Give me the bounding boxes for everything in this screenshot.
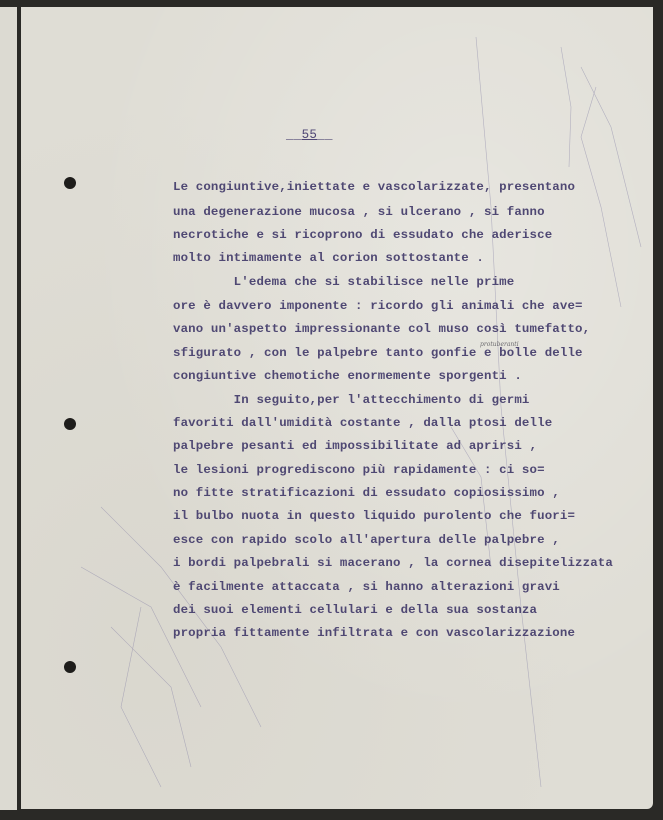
text-line: è facilmente attaccata , si hanno altera… [173, 580, 560, 594]
pencil-marks [21, 7, 653, 809]
text-line: palpebre pesanti ed impossibilitate ad a… [173, 439, 537, 453]
text-line: propria fittamente infiltrata e con vasc… [173, 626, 575, 640]
text-line: L'edema che si stabilisce nelle prime [173, 275, 514, 289]
adjacent-page-edge [0, 7, 17, 810]
text-line: In seguito,per l'attecchimento di germi [173, 393, 530, 407]
text-line: no fitte stratificazioni di essudato cop… [173, 486, 560, 500]
text-line: una degenerazione mucosa , si ulcerano ,… [173, 205, 545, 219]
text-line: ore è davvero imponente : ricordo gli an… [173, 299, 583, 313]
text-line: necrotiche e si ricoprono di essudato ch… [173, 228, 552, 242]
text-line: esce con rapido scolo all'apertura delle… [173, 533, 560, 547]
binder-hole [64, 661, 76, 673]
text-line: Le congiuntive,iniettate e vascolarizzat… [173, 180, 575, 194]
binder-hole [64, 418, 76, 430]
binder-hole [64, 177, 76, 189]
text-line: sfigurato , con le palpebre tanto gonfie… [173, 346, 583, 360]
text-line: i bordi palpebrali si macerano , la corn… [173, 556, 613, 570]
text-line: vano un'aspetto impressionante col muso … [173, 322, 590, 336]
text-line: molto intimamente al corion sottostante … [173, 251, 484, 265]
page-number: __55__ [286, 128, 333, 142]
text-line: le lesioni progrediscono più rapidamente… [173, 463, 545, 477]
page-number-value: 55 [302, 128, 318, 142]
text-line: favoriti dall'umidità costante , dalla p… [173, 416, 552, 430]
text-line: dei suoi elementi cellulari e della sua … [173, 603, 537, 617]
text-line: il bulbo nuota in questo liquido purolen… [173, 509, 575, 523]
text-line: congiuntive chemotiche enormemente sporg… [173, 369, 522, 383]
document-page: __55__ protuberanti Le congiuntive,iniet… [21, 7, 653, 809]
